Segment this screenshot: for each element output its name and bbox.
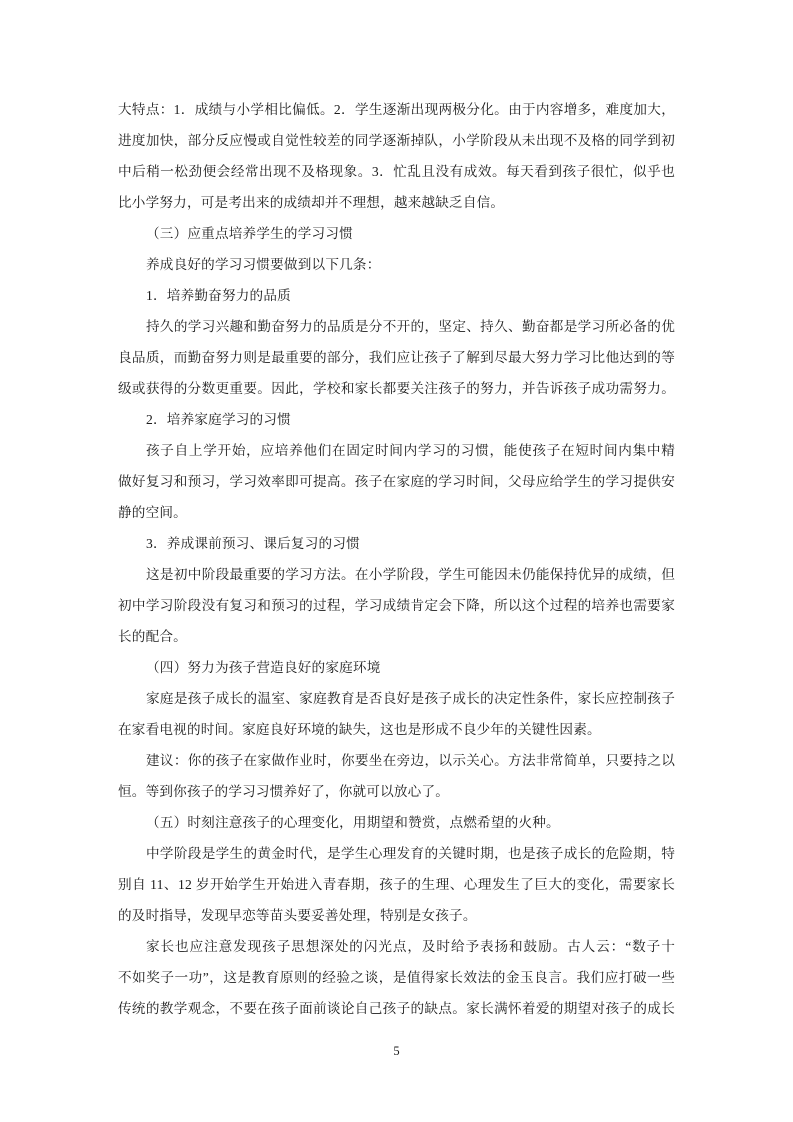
text-line: 家庭是孩子成长的温室、家庭教育是否良好是孩子成长的决定性条件，家长应控制孩子	[118, 683, 675, 714]
text-line: 养成良好的学习习惯要做到以下几条：	[118, 249, 675, 280]
text-line: （五）时刻注意孩子的心理变化，用期望和赞赏，点燃希望的火种。	[118, 807, 675, 838]
text-line: 级或获得的分数更重要。因此，学校和家长都要关注孩子的努力，并告诉孩子成功需努力。	[118, 373, 675, 404]
text-line: 的及时指导，发现早恋等苗头要妥善处理，特别是女孩子。	[118, 900, 675, 931]
text-line: 大特点：1．成绩与小学相比偏低。2．学生逐渐出现两极分化。由于内容增多，难度加大…	[118, 94, 675, 125]
text-line: 不如奖子一功”，这是教育原则的经验之谈，是值得家长效法的金玉良言。我们应打破一些	[118, 962, 675, 993]
text-line: 3．养成课前预习、课后复习的习惯	[118, 528, 675, 559]
document-body: 大特点：1．成绩与小学相比偏低。2．学生逐渐出现两极分化。由于内容增多，难度加大…	[118, 94, 675, 1024]
text-line: （四）努力为孩子营造良好的家庭环境	[118, 652, 675, 683]
text-line: 家长也应注意发现孩子思想深处的闪光点，及时给予表扬和鼓励。古人云：“数子十过，	[118, 931, 675, 962]
text-line: 持久的学习兴趣和勤奋努力的品质是分不开的，坚定、持久、勤奋都是学习所必备的优	[118, 311, 675, 342]
text-line: 做好复习和预习，学习效率即可提高。孩子在家庭的学习时间，父母应给学生的学习提供安	[118, 466, 675, 497]
text-line: 在家看电视的时间。家庭良好环境的缺失，这也是形成不良少年的关键性因素。	[118, 714, 675, 745]
text-line: 静的空间。	[118, 497, 675, 528]
text-line: 良品质，而勤奋努力则是最重要的部分，我们应让孩子了解到尽最大努力学习比他达到的等	[118, 342, 675, 373]
text-line: 比小学努力，可是考出来的成绩却并不理想，越来越缺乏自信。	[118, 187, 675, 218]
text-line: 中学阶段是学生的黄金时代，是学生心理发育的关键时期，也是孩子成长的危险期，特	[118, 838, 675, 869]
page-number: 5	[0, 1036, 793, 1067]
text-line: 恒。等到你孩子的学习习惯养好了，你就可以放心了。	[118, 776, 675, 807]
text-line: 孩子自上学开始，应培养他们在固定时间内学习的习惯，能使孩子在短时间内集中精力，	[118, 435, 675, 466]
text-line: 长的配合。	[118, 621, 675, 652]
text-line: 进度加快，部分反应慢或自觉性较差的同学逐渐掉队，小学阶段从未出现不及格的同学到初	[118, 125, 675, 156]
text-line: 建议：你的孩子在家做作业时，你要坐在旁边，以示关心。方法非常简单，只要持之以	[118, 745, 675, 776]
text-line: （三）应重点培养学生的学习习惯	[118, 218, 675, 249]
text-line: 1．培养勤奋努力的品质	[118, 280, 675, 311]
text-line: 初中学习阶段没有复习和预习的过程，学习成绩肯定会下降，所以这个过程的培养也需要家	[118, 590, 675, 621]
document-page: 大特点：1．成绩与小学相比偏低。2．学生逐渐出现两极分化。由于内容增多，难度加大…	[0, 0, 793, 1122]
text-line: 中后稍一松劲便会经常出现不及格现象。3．忙乱且没有成效。每天看到孩子很忙，似乎也	[118, 156, 675, 187]
text-line: 这是初中阶段最重要的学习方法。在小学阶段，学生可能因未仍能保持优异的成绩，但	[118, 559, 675, 590]
text-line: 别自 11、12 岁开始学生开始进入青春期，孩子的生理、心理发生了巨大的变化，需…	[118, 869, 675, 900]
text-line: 传统的教学观念，不要在孩子面前谈论自己孩子的缺点。家长满怀着爱的期望对孩子的成长	[118, 993, 675, 1024]
text-line: 2．培养家庭学习的习惯	[118, 404, 675, 435]
